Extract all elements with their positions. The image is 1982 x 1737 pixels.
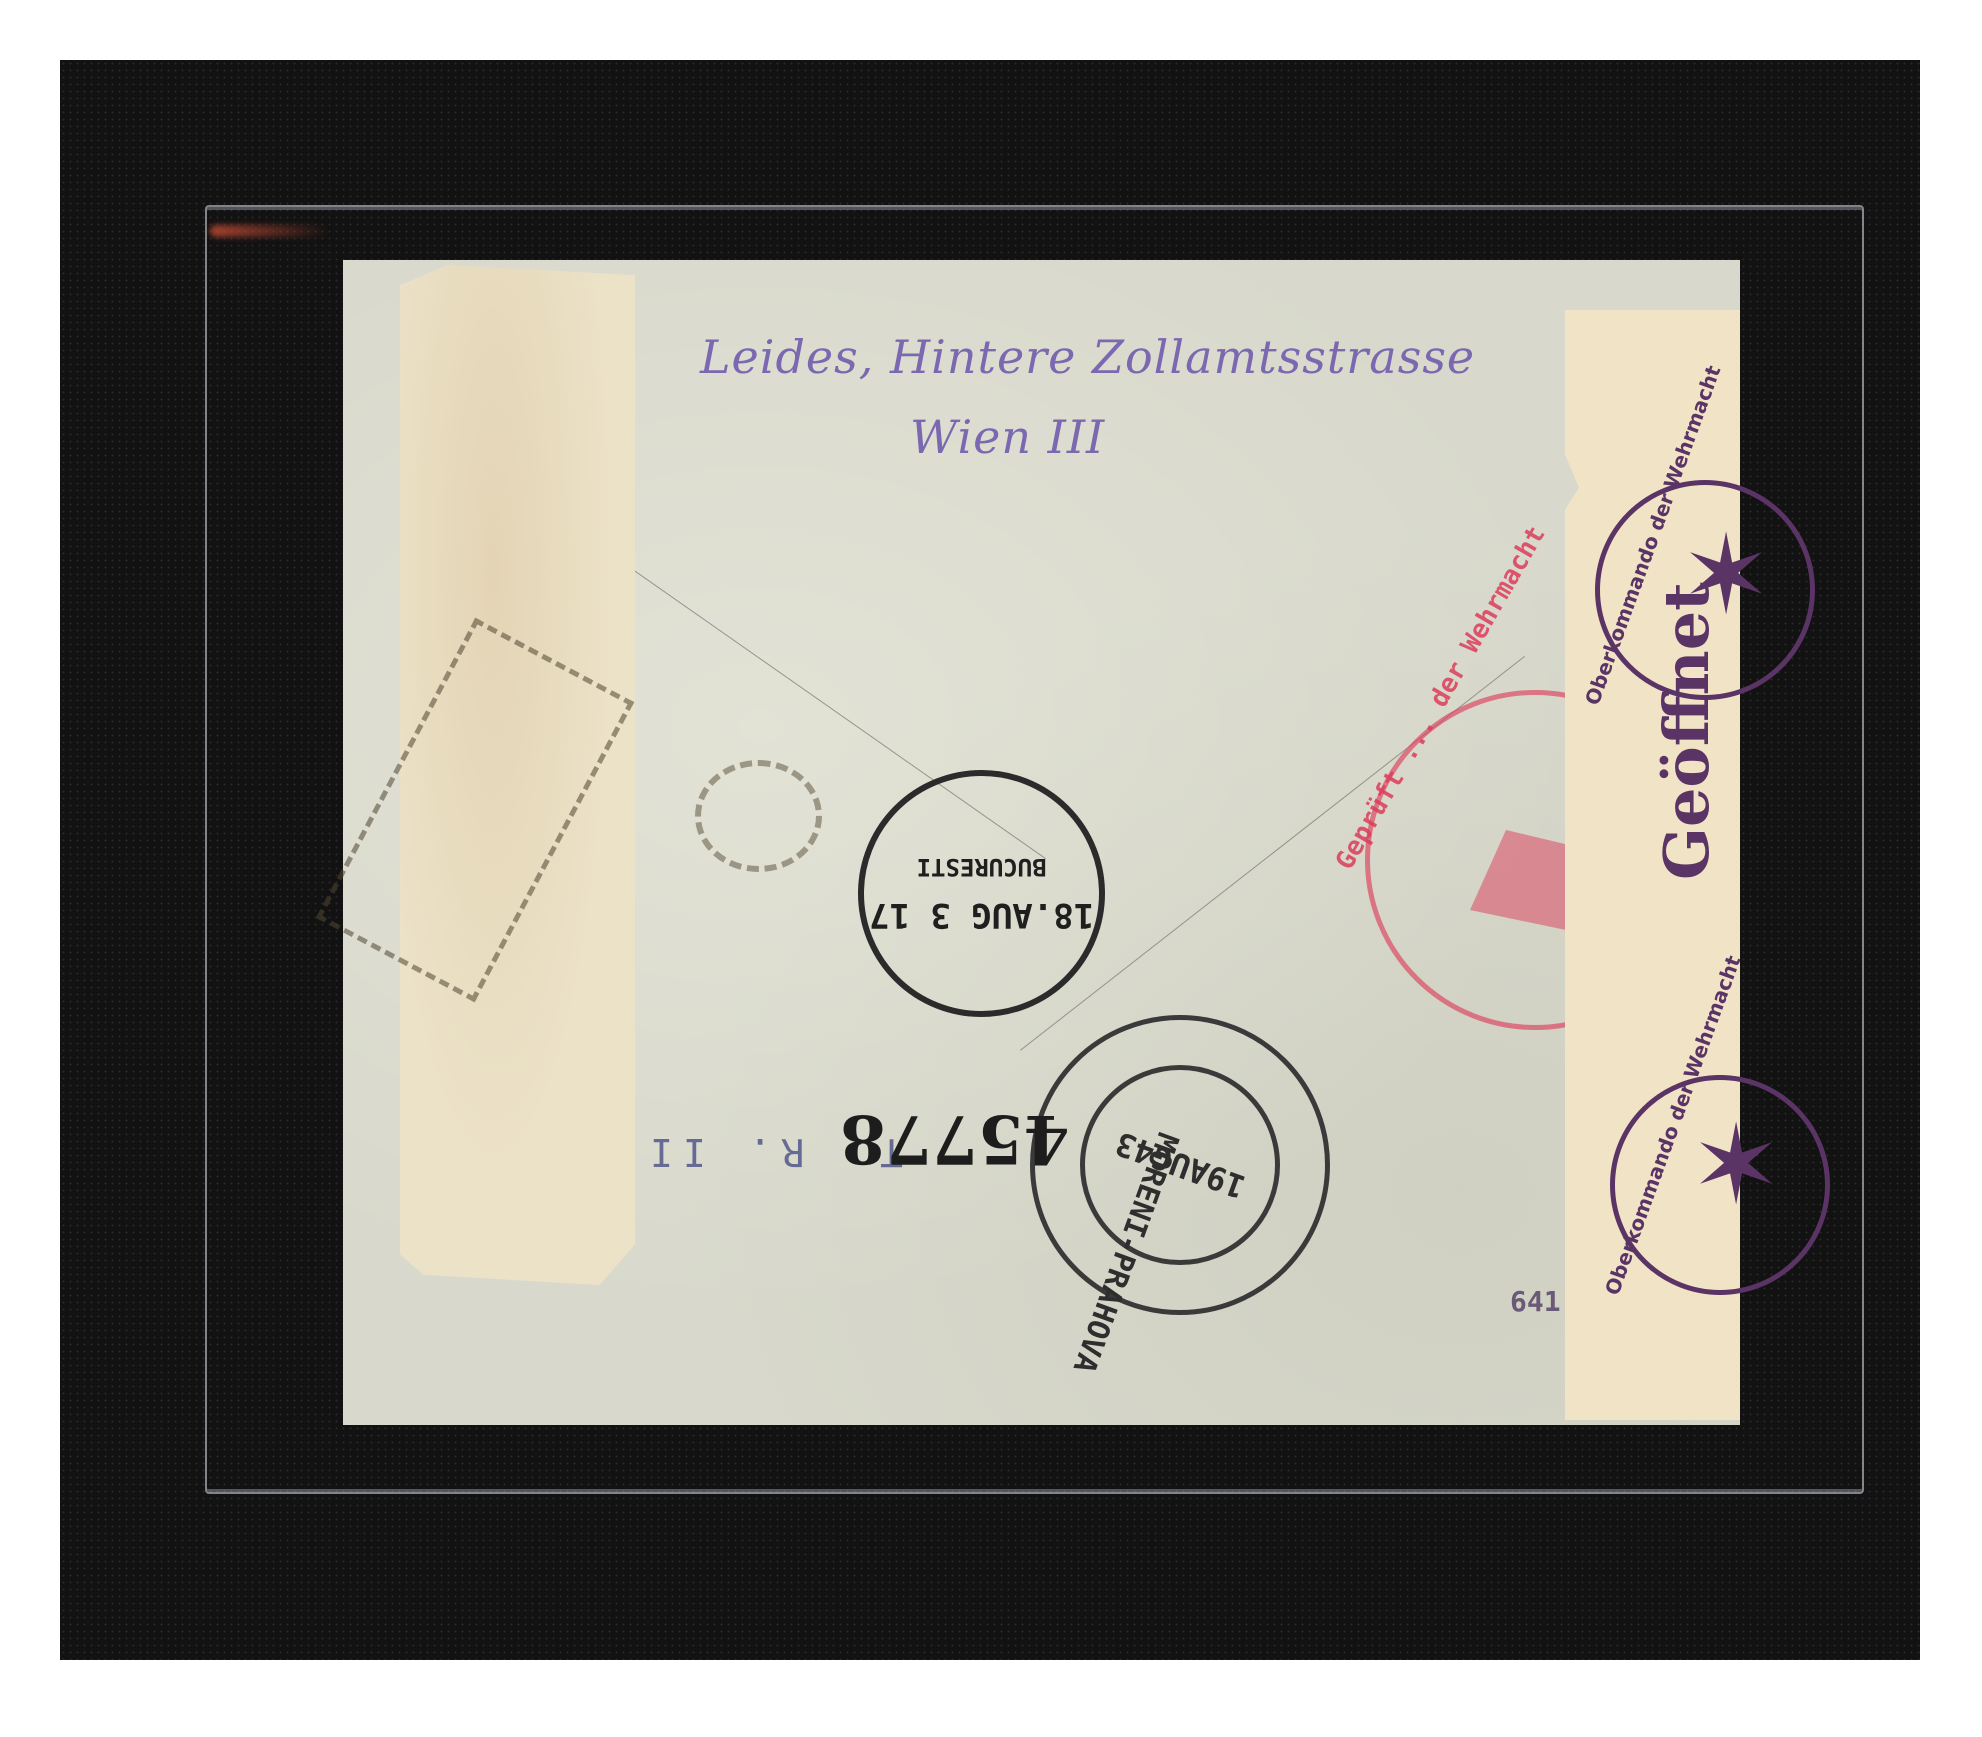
- bucharest-date: 18.AUG: [971, 895, 1094, 935]
- sleeve-reflection: [210, 225, 330, 237]
- eagle-icon: ✶: [1690, 1110, 1782, 1220]
- sender-address-line2: Wien III: [910, 410, 1105, 464]
- bucharest-time: 3 17: [869, 895, 951, 935]
- geoffnet-label: Geöffnet: [1650, 582, 1723, 880]
- sender-address-line1: Leides, Hintere Zollamtsstrasse: [700, 330, 1475, 384]
- bucharest-postmark: 18.AUG 3 17 BUCURESTI: [858, 770, 1105, 1017]
- registration-number: 45778: [840, 1100, 1070, 1178]
- moreni-postmark: 19AUG43 MORENI-PRAHOVA: [1030, 1015, 1330, 1315]
- faded-postmark: [695, 760, 822, 872]
- bucharest-city: BUCURESTI: [869, 853, 1094, 881]
- censor-serial-number: 641: [1510, 1285, 1561, 1318]
